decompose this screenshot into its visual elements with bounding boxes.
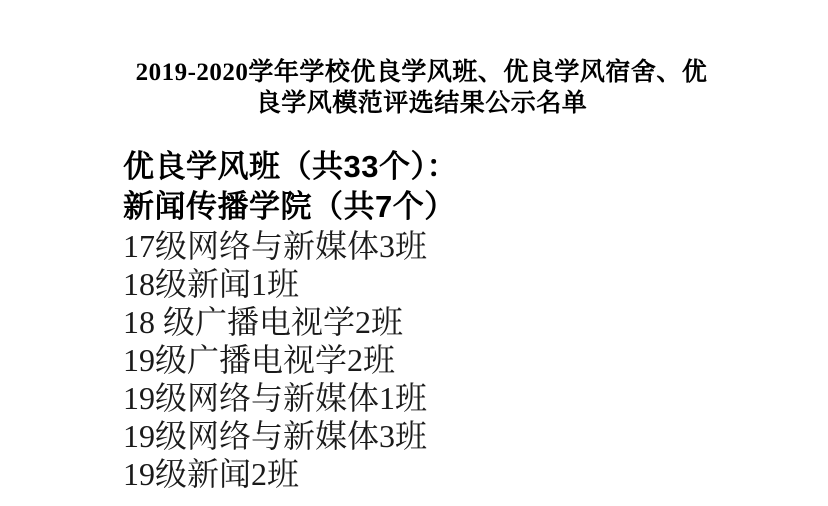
list-item: 19级网络与新媒体3班 [123,417,768,455]
page: { "colors": { "background": "#ffffff", "… [0,0,828,506]
list-item: 19级网络与新媒体1班 [123,379,768,417]
list-item: 19级广播电视学2班 [123,341,768,379]
document-title: 2019-2020学年学校优良学风班、优良学风宿舍、优 良学风模范评选结果公示名… [0,0,828,119]
document: 2019-2020学年学校优良学风班、优良学风宿舍、优 良学风模范评选结果公示名… [0,0,828,506]
title-line-1: 2019-2020学年学校优良学风班、优良学风宿舍、优 [115,57,728,88]
list-item: 18 级广播电视学2班 [123,303,768,341]
list-item: 19级新闻2班 [123,455,768,493]
title-line-2: 良学风模范评选结果公示名单 [115,88,728,119]
list-item: 17级网络与新媒体3班 [123,227,768,265]
section-heading: 优良学风班（共33个）： [123,147,768,187]
class-list: 17级网络与新媒体3班 18级新闻1班 18 级广播电视学2班 19级广播电视学… [123,227,768,493]
list-item: 18级新闻1班 [123,265,768,303]
subsection-heading: 新闻传播学院（共7个） [123,187,768,227]
document-body: 优良学风班（共33个）： 新闻传播学院（共7个） 17级网络与新媒体3班 18级… [0,147,828,493]
